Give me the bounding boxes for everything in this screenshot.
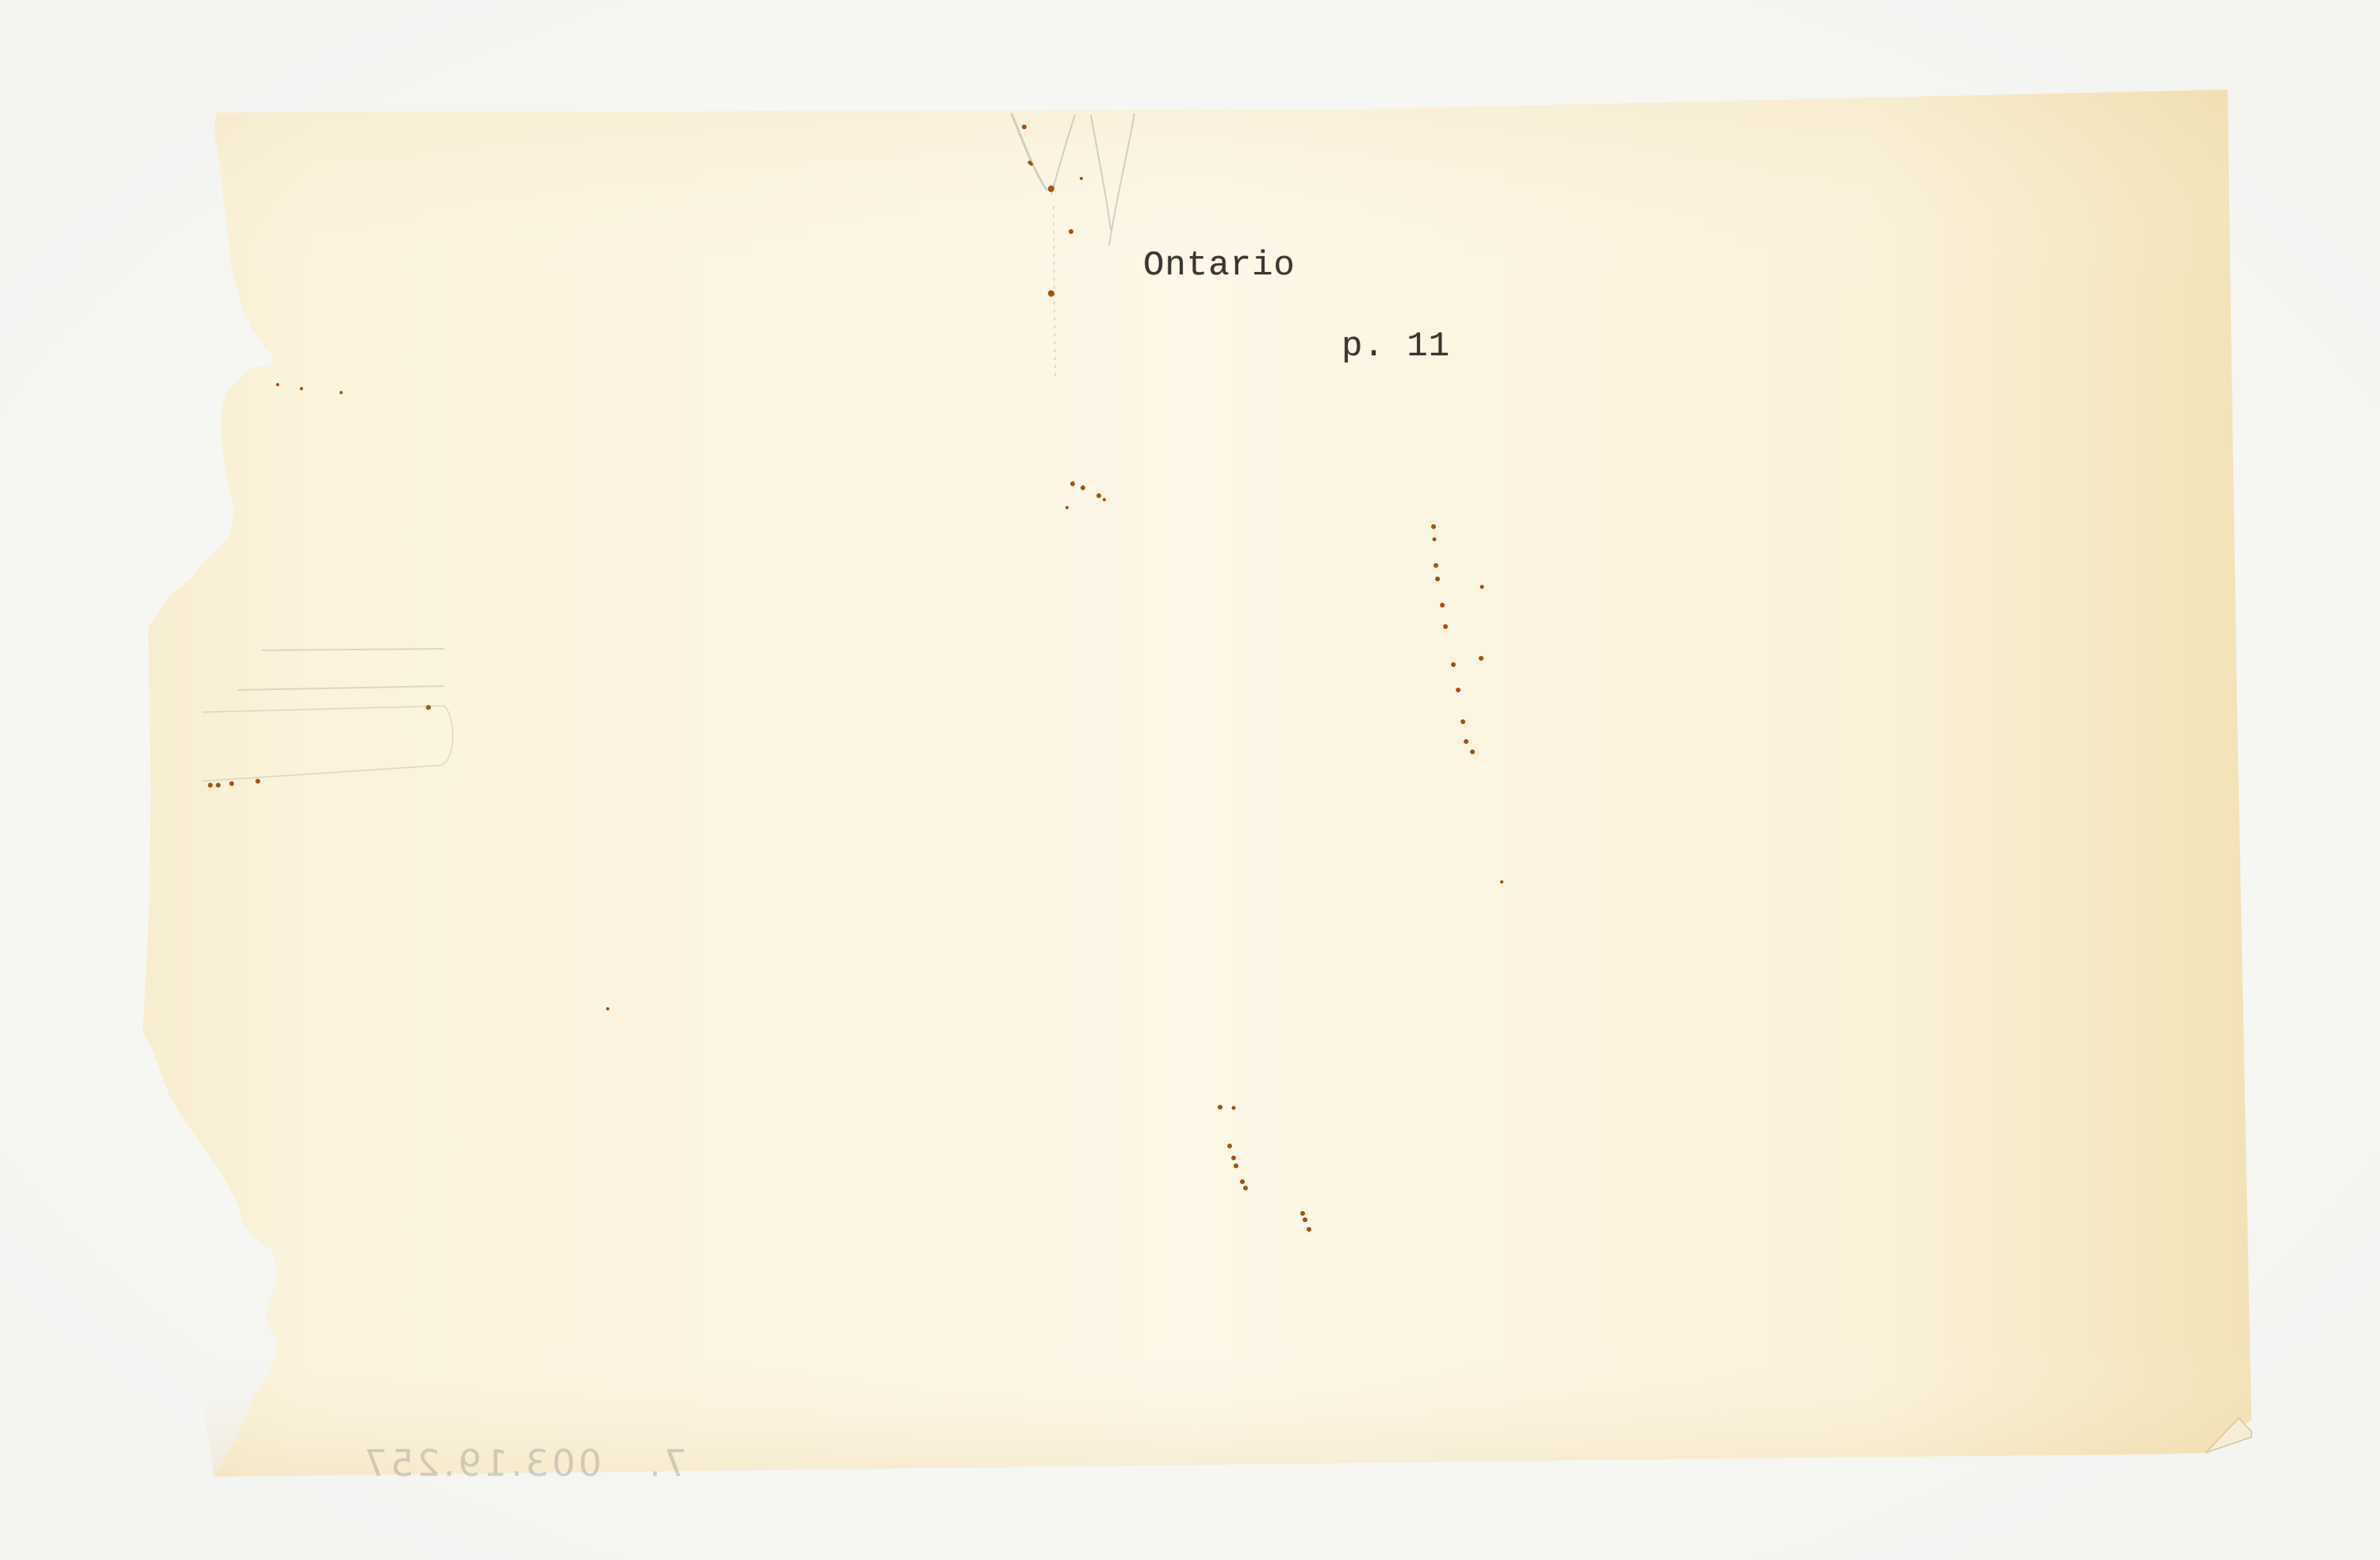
reverse-accession-number-bleed-through: 7. 003.19.257 xyxy=(361,1442,687,1485)
paper-sheet xyxy=(0,0,2380,1560)
page-number: p. 11 xyxy=(1342,327,1450,366)
document-heading: Ontario xyxy=(1143,246,1296,286)
